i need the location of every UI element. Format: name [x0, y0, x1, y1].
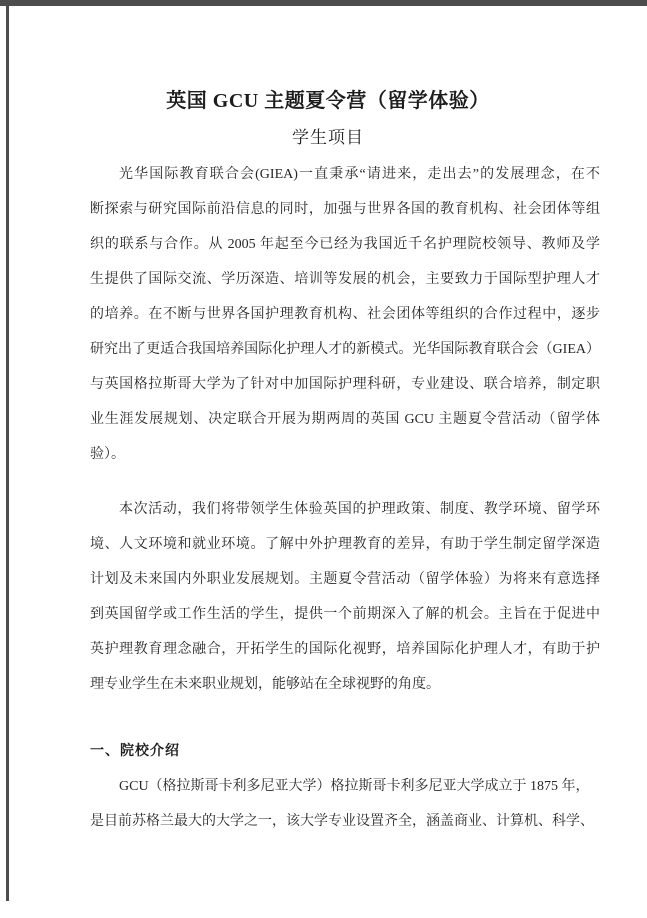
paragraph-spacer	[90, 709, 600, 741]
text-line: 的培养。在不断与世界各国护理教育机构、社会团体等组织的合作过程中，逐步	[90, 304, 600, 339]
text-line: 理专业学生在未来职业规划，能够站在全球视野的角度。	[90, 674, 600, 709]
text-line: GCU（格拉斯哥卡利多尼亚大学）格拉斯哥卡利多尼亚大学成立于 1875 年，	[90, 776, 600, 811]
text-line: 光华国际教育联合会(GIEA)一直秉承“请进来，走出去”的发展理念，在不	[90, 164, 600, 199]
text-line: 计划及未来国内外职业发展规划。主题夏令营活动（留学体验）为将来有意选择	[90, 569, 600, 604]
text-line: 业生涯发展规划、决定联合开展为期两周的英国 GCU 主题夏令营活动（留学体	[90, 409, 600, 444]
text-line: 本次活动，我们将带领学生体验英国的护理政策、制度、教学环境、留学环	[90, 499, 600, 534]
text-line: 断探索与研究国际前沿信息的同时，加强与世界各国的教育机构、社会团体等组	[90, 199, 600, 234]
text-line: 到英国留学或工作生活的学生，提供一个前期深入了解的机会。主旨在于促进中	[90, 604, 600, 639]
text-line: 境、人文环境和就业环境。了解中外护理教育的差异，有助于学生制定留学深造	[90, 534, 600, 569]
text-line: 英护理教育理念融合，开拓学生的国际化视野，培养国际化护理人才，有助于护	[90, 639, 600, 674]
text-line: 织的联系与合作。从 2005 年起至今已经为我国近千名护理院校领导、教师及学	[90, 234, 600, 269]
document-viewer: 英国 GCU 主题夏令营（留学体验） 学生项目 光华国际教育联合会(GIEA)一…	[0, 0, 647, 918]
document-subtitle: 学生项目	[9, 126, 647, 150]
section-heading: 一、院校介绍	[90, 741, 600, 776]
document-title: 英国 GCU 主题夏令营（留学体验）	[9, 88, 647, 114]
document-page: 英国 GCU 主题夏令营（留学体验） 学生项目 光华国际教育联合会(GIEA)一…	[9, 6, 647, 918]
text-line: 是目前苏格兰最大的大学之一，该大学专业设置齐全，涵盖商业、计算机、科学、	[90, 811, 600, 846]
text-line: 验）。	[90, 444, 600, 479]
paragraph: 光华国际教育联合会(GIEA)一直秉承“请进来，走出去”的发展理念，在不断探索与…	[90, 164, 600, 479]
text-line: 研究出了更适合我国培养国际化护理人才的新模式。光华国际教育联合会（GIEA）	[90, 339, 600, 374]
paragraph: GCU（格拉斯哥卡利多尼亚大学）格拉斯哥卡利多尼亚大学成立于 1875 年，是目…	[90, 776, 600, 846]
text-line: 与英国格拉斯哥大学为了针对中加国际护理科研，专业建设、联合培养，制定职	[90, 374, 600, 409]
text-line: 生提供了国际交流、学历深造、培训等发展的机会，主要致力于国际型护理人才	[90, 269, 600, 304]
paragraph-spacer	[90, 479, 600, 499]
document-body: 光华国际教育联合会(GIEA)一直秉承“请进来，走出去”的发展理念，在不断探索与…	[90, 164, 600, 846]
paragraph: 本次活动，我们将带领学生体验英国的护理政策、制度、教学环境、留学环境、人文环境和…	[90, 499, 600, 709]
